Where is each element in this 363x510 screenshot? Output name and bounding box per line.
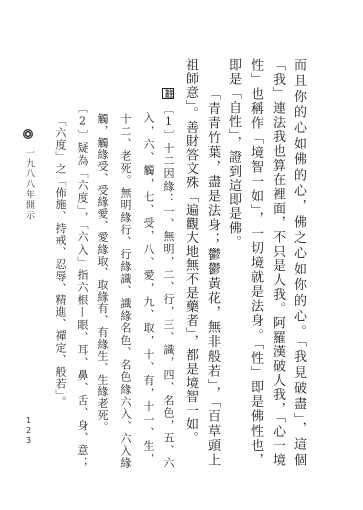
footnote-2-line-2: 「六度」之「佈施、持戒、忍辱、精進、禪定、般若」。: [54, 115, 66, 407]
page-number: 123: [24, 416, 33, 446]
book-page: 而且你的心如佛的心，佛之心如你的心。「我見破盡」，這個 「我」連法我也算在裡面，…: [0, 0, 363, 510]
footnote-number: 〔1〕: [162, 101, 175, 142]
footnote-marker-icon: 註: [162, 88, 174, 99]
footnote-1-line-2: 入，六、觸，七、受，八、愛，九、取，十、有，十一、生，: [142, 112, 154, 464]
footnote-2-line-1: 〔2〕疑為「六度」，「六入」指六根—眼、耳、鼻、舌、身、意；: [76, 102, 88, 468]
footnote-1-line-3: 十二、老死。無明緣行、行緣識、識緣名色、名色緣六入、六入緣: [119, 113, 131, 468]
running-head: 一九八八年開示: [24, 148, 34, 221]
body-column-1: 而且你的心如佛的心，佛之心如你的心。「我見破盡」，這個: [291, 58, 305, 466]
ornament-circle-icon: [23, 129, 33, 139]
body-column-6: 祖師意」。善財答文殊「遍觀大地無不是藥者」，都是境智一如。: [183, 58, 197, 444]
footnote-text: 疑為「六度」，「六入」指六根—眼、耳、鼻、舌、身、意；: [76, 142, 89, 468]
body-column-2: 「我」連法我也算在裡面，不只是人我。阿羅漢破人我，「心一境: [270, 58, 284, 466]
body-column-4: 即是「自性」，證到這即是佛。: [226, 58, 240, 248]
body-column-5: 「青青竹葉，盡是法身；鬱鬱黃花，無非般若」，「百草頭上: [205, 87, 219, 466]
footnote-1-line-1: 註〔1〕十二因緣：一、無明，二、行，三、識，四、名色，五、六: [162, 88, 174, 468]
footnote-1-line-4: 觸，觸緣受、受緣愛、愛緣取、取緣有、有緣生、生緣老死。: [96, 113, 108, 432]
body-column-3: 性」也稱作「境智一如」，一切境就是法身。「性」即是佛性也，: [248, 58, 262, 466]
footnote-text: 十二因緣：一、無明，二、行，三、識，四、名色，五、六: [162, 142, 175, 468]
footnote-number: 〔2〕: [76, 102, 89, 142]
